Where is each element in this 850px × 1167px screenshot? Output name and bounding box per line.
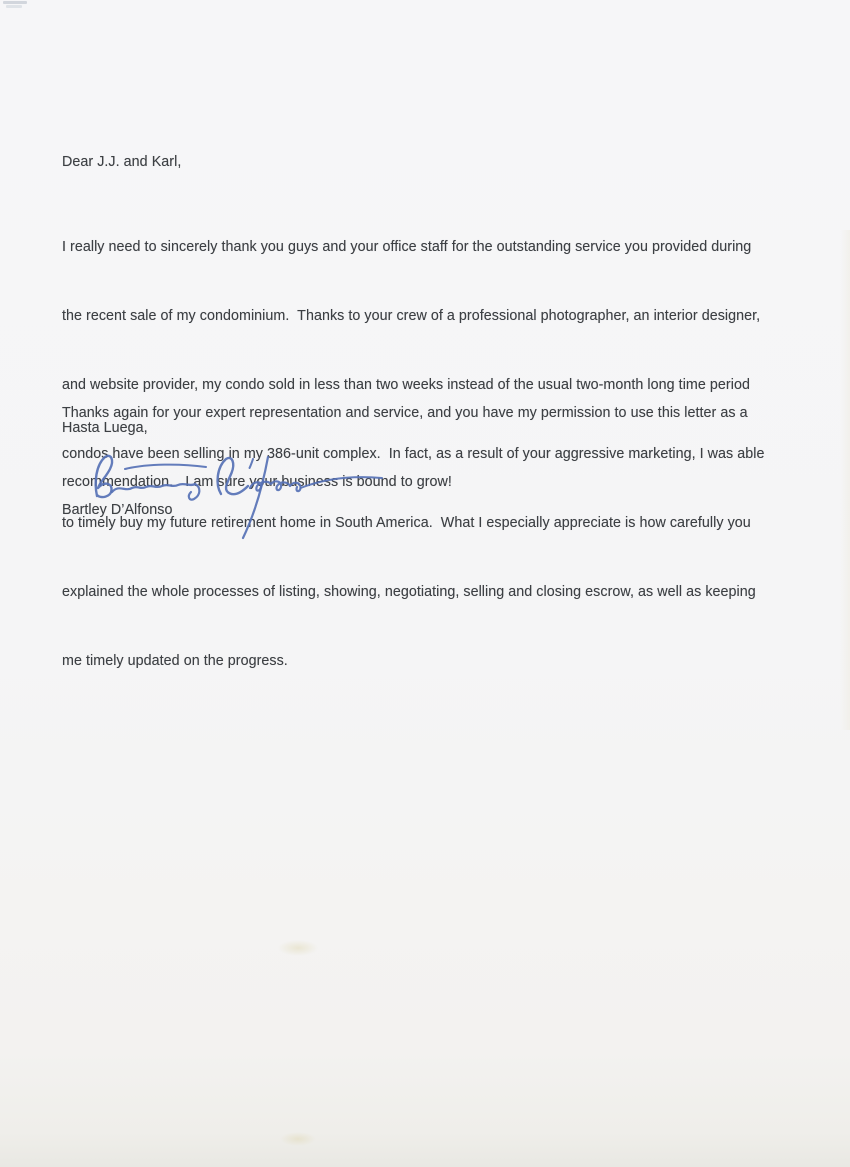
scan-artifact-smudge <box>280 1132 316 1146</box>
scan-artifact-edge-tint <box>840 230 850 730</box>
paragraph-line: Thanks again for your expert representat… <box>62 402 748 425</box>
closing-line: Hasta Luega, <box>62 417 148 440</box>
salutation: Dear J.J. and Karl, <box>62 151 181 174</box>
typed-signature-name: Bartley D’Alfonso <box>62 499 173 522</box>
scan-artifact-smudge <box>278 940 318 956</box>
handwritten-signature <box>85 446 387 541</box>
paragraph-line: the recent sale of my condominium. Thank… <box>62 305 765 328</box>
paragraph-line: explained the whole processes of listing… <box>62 581 765 604</box>
scan-artifact-corner-mark <box>3 1 27 4</box>
paragraph-line: me timely updated on the progress. <box>62 650 765 673</box>
signature-ink-icon <box>85 446 387 541</box>
scan-artifact-corner-mark <box>6 5 22 8</box>
scanned-letter-page: Dear J.J. and Karl, I really need to sin… <box>0 0 850 1167</box>
paragraph-line: I really need to sincerely thank you guy… <box>62 236 765 259</box>
